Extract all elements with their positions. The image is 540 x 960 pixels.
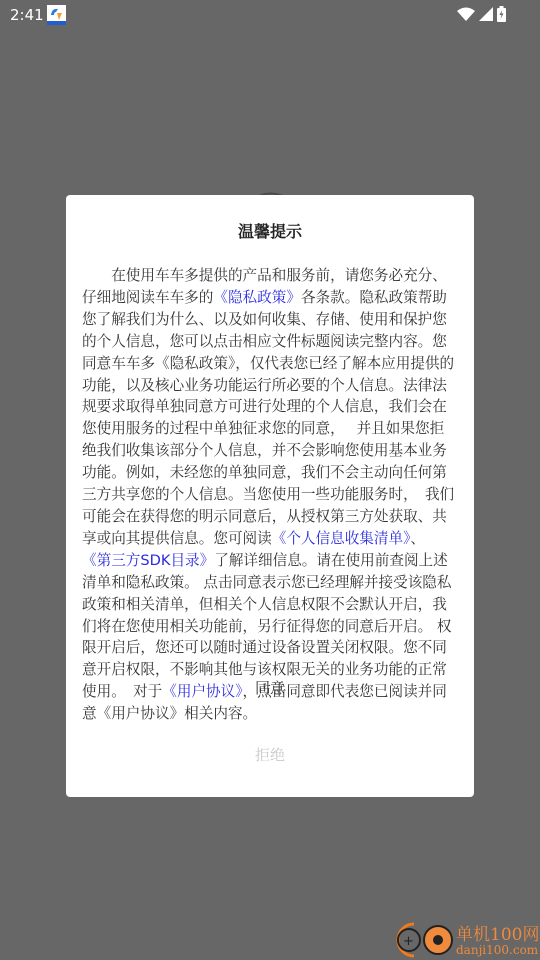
app-notification-icon	[47, 5, 66, 25]
wifi-icon	[457, 7, 475, 25]
dialog-title: 温馨提示	[66, 219, 474, 242]
refuse-button[interactable]: 拒绝	[66, 744, 474, 765]
body-text: 、	[410, 530, 432, 547]
signal-icon	[479, 7, 493, 25]
third-party-sdk-link[interactable]: 《第三方SDK目录》	[82, 552, 214, 569]
watermark-logo-icon: +	[392, 914, 456, 960]
personal-info-list-link[interactable]: 《个人信息收集清单》	[272, 530, 411, 547]
dialog-body: 在使用车车多提供的产品和服务前，请您务必充分、仔细地阅读车车多的《隐私政策》各条…	[82, 265, 458, 725]
privacy-dialog: 温馨提示 在使用车车多提供的产品和服务前，请您务必充分、仔细地阅读车车多的《隐私…	[66, 195, 474, 797]
watermark-title: 单机100网	[456, 920, 539, 945]
agree-button[interactable]: 同意	[66, 677, 474, 698]
status-bar: 2:41	[0, 0, 540, 30]
battery-charging-icon	[497, 6, 506, 26]
privacy-policy-link[interactable]: 《隐私政策》	[213, 289, 301, 306]
status-icons	[457, 6, 506, 26]
body-text: 各条款。隐私政策帮助您了解我们为什么、以及如何收集、存储、使用和保护您的个人信息…	[82, 289, 454, 547]
status-time: 2:41	[10, 6, 44, 24]
watermark: + 单机100网 danji100.com	[392, 914, 540, 960]
watermark-url: danji100.com	[456, 943, 538, 957]
svg-text:+: +	[403, 934, 414, 949]
